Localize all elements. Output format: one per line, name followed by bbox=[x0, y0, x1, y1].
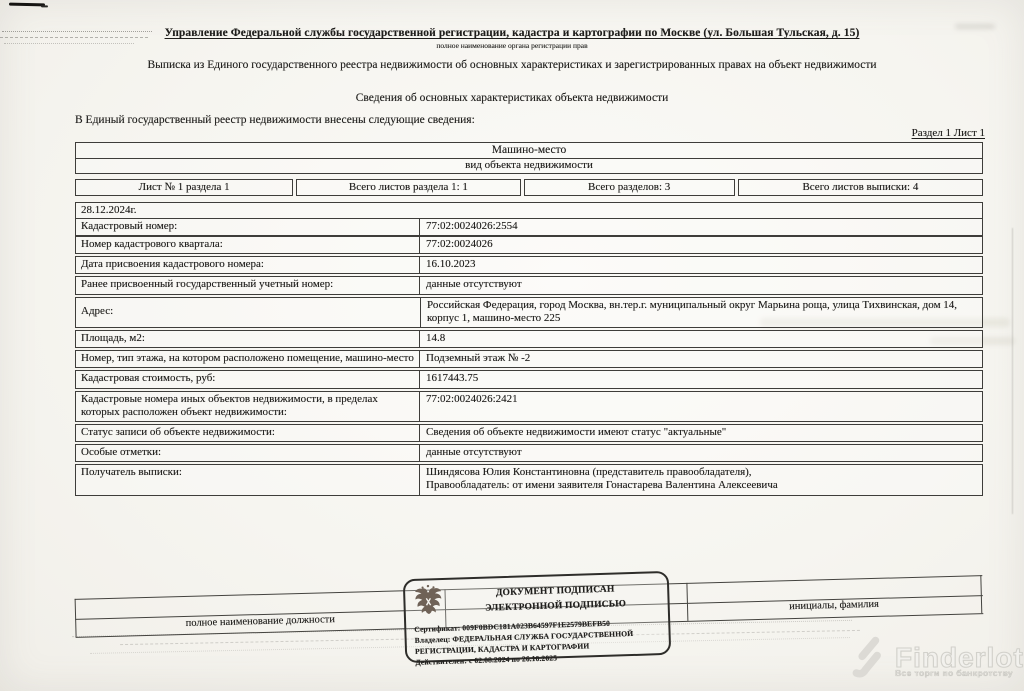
sheet-info-cell: Всего разделов: 3 bbox=[524, 179, 735, 196]
registration-authority-name: Управление Федеральной службы государств… bbox=[0, 27, 1024, 39]
table-row: Получатель выписки: Шиндясова Юлия Конст… bbox=[75, 464, 983, 495]
row-label: Кадастровые номера иных объектов недвижи… bbox=[76, 392, 420, 421]
registration-date-table: 28.12.2024г. Кадастровый номер: 77:02:00… bbox=[75, 202, 983, 236]
object-type-value: Машино-место bbox=[76, 143, 982, 158]
paper-fold-line bbox=[1012, 228, 1013, 514]
row-label: Адрес: bbox=[76, 304, 420, 320]
sheet-info-table: Лист № 1 раздела 1 Всего листов раздела … bbox=[75, 179, 983, 196]
table-row: Адрес: Российская Федерация, город Москв… bbox=[75, 297, 983, 328]
section-title: Сведения об основных характеристиках объ… bbox=[0, 92, 1024, 104]
scanned-egrn-extract-page: Управление Федеральной службы государств… bbox=[0, 0, 1024, 691]
main-characteristics-table: Номер кадастрового квартала: 77:02:00240… bbox=[75, 236, 983, 498]
table-row: Статус записи об объекте недвижимости: С… bbox=[75, 424, 983, 442]
row-label: Площадь, м2: bbox=[76, 331, 420, 347]
intro-text: В Единый государственный реестр недвижим… bbox=[75, 114, 475, 126]
row-value: 77:02:0024026 bbox=[420, 237, 982, 253]
row-value: данные отсутствуют bbox=[420, 277, 982, 293]
table-row: Дата присвоения кадастрового номера: 16.… bbox=[75, 256, 983, 274]
cadastral-number-label: Кадастровый номер: bbox=[76, 219, 420, 235]
section-sheet-label: Раздел 1 Лист 1 bbox=[912, 127, 985, 139]
row-label: Номер кадастрового квартала: bbox=[76, 237, 420, 253]
row-value: данные отсутствуют bbox=[420, 445, 982, 461]
row-label: Номер, тип этажа, на котором расположено… bbox=[76, 351, 420, 367]
sheet-info-cell: Всего листов раздела 1: 1 bbox=[296, 179, 520, 196]
row-label: Ранее присвоенный государственный учетны… bbox=[76, 277, 420, 293]
sheet-info-cell: Лист № 1 раздела 1 bbox=[75, 179, 293, 196]
row-value: 16.10.2023 bbox=[420, 257, 982, 273]
table-row: Особые отметки: данные отсутствуют bbox=[75, 444, 983, 462]
document-title: Выписка из Единого государственного реес… bbox=[0, 59, 1024, 71]
table-row: Номер, тип этажа, на котором расположено… bbox=[75, 350, 983, 368]
row-label: Особые отметки: bbox=[76, 445, 420, 461]
double-headed-eagle-icon bbox=[413, 583, 444, 623]
row-value: Подземный этаж № -2 bbox=[420, 351, 982, 367]
electronic-signature-stamp: ДОКУМЕНТ ПОДПИСАН ЭЛЕКТРОННОЙ ПОДПИСЬЮ С… bbox=[403, 571, 672, 663]
row-label: Дата присвоения кадастрового номера: bbox=[76, 257, 420, 273]
authority-caption: полное наименование органа регистрации п… bbox=[0, 41, 1024, 50]
table-row: Кадастровые номера иных объектов недвижи… bbox=[75, 391, 983, 422]
row-label: Кадастровая стоимость, руб: bbox=[76, 371, 420, 387]
sheet-info-cell: Всего листов выписки: 4 bbox=[738, 179, 983, 196]
row-value: Шиндясова Юлия Константиновна (представи… bbox=[420, 465, 982, 494]
cadastral-number-value: 77:02:0024026:2554 bbox=[420, 219, 982, 235]
row-value: 1617443.75 bbox=[420, 371, 982, 387]
table-row: Кадастровая стоимость, руб: 1617443.75 bbox=[75, 370, 983, 388]
scan-artifact-mark bbox=[9, 3, 45, 7]
row-label: Получатель выписки: bbox=[76, 465, 420, 494]
row-value: Сведения об объекте недвижимости имеют с… bbox=[420, 425, 982, 441]
object-type-caption: вид объекта недвижимости bbox=[76, 158, 982, 173]
row-label: Статус записи об объекте недвижимости: bbox=[76, 425, 420, 441]
finderlot-watermark: Finderlot Все торги по банкротству bbox=[843, 633, 1024, 688]
row-value: 77:02:0024026:2421 bbox=[420, 392, 982, 421]
object-type-table: Машино-место вид объекта недвижимости bbox=[75, 142, 983, 174]
table-row: Площадь, м2: 14.8 bbox=[75, 330, 983, 348]
table-row: Номер кадастрового квартала: 77:02:00240… bbox=[75, 236, 983, 254]
registration-date: 28.12.2024г. bbox=[76, 203, 982, 218]
table-row: Ранее присвоенный государственный учетны… bbox=[75, 276, 983, 294]
row-value: 14.8 bbox=[420, 331, 982, 347]
finderlot-logo-icon bbox=[843, 633, 893, 688]
watermark-tagline: Все торги по банкротству bbox=[895, 668, 1024, 678]
row-value: Российская Федерация, город Москва, вн.т… bbox=[420, 298, 982, 327]
